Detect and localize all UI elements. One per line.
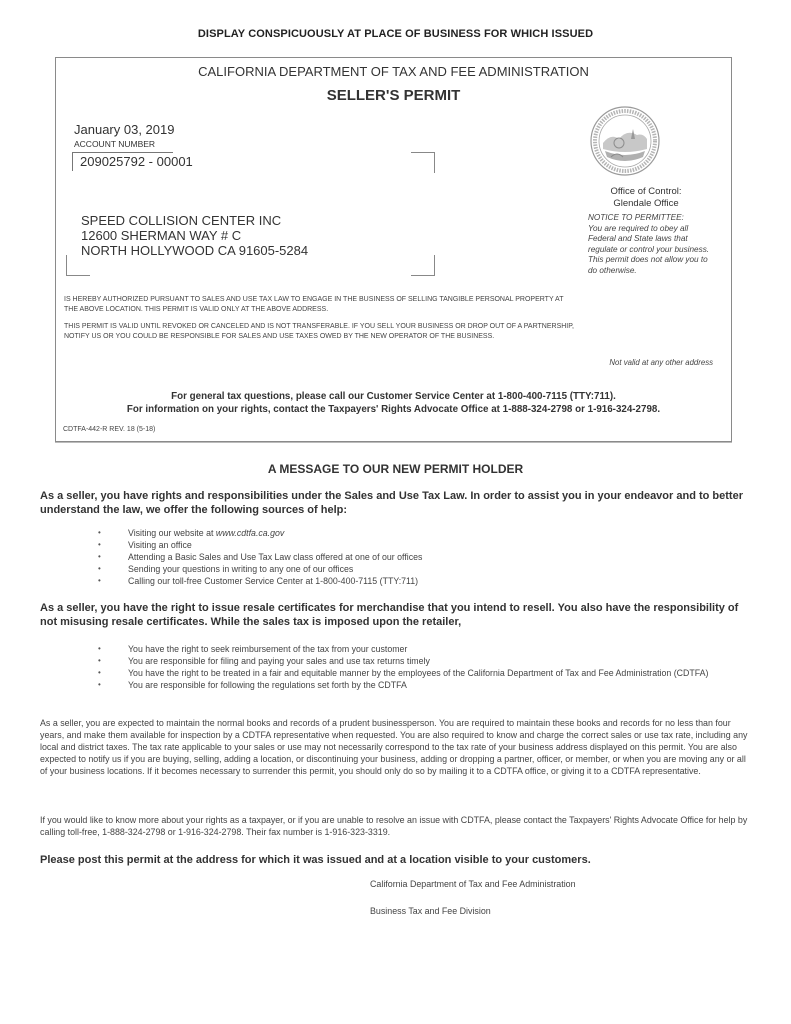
office-name: Glendale Office <box>576 198 716 210</box>
advocate-paragraph: If you would like to know more about you… <box>40 814 752 838</box>
list-item: You have the right to be treated in a fa… <box>108 667 748 679</box>
help-text: Calling our toll-free Customer Service C… <box>128 576 418 586</box>
post-notice: Please post this permit at the address f… <box>40 853 750 867</box>
account-number: 209025792 - 00001 <box>80 154 193 169</box>
help-text: Visiting our website at <box>128 528 216 538</box>
resale-paragraph: As a seller, you have the right to issue… <box>40 601 750 629</box>
authorization-statement: IS HEREBY AUTHORIZED PURSUANT TO SALES A… <box>64 295 564 314</box>
list-item: You are responsible for filing and payin… <box>108 655 748 667</box>
permit-title: SELLER'S PERMIT <box>56 87 731 104</box>
office-label: Office of Control: <box>576 186 716 198</box>
address-corner-bottom-right <box>411 255 435 276</box>
message-title: A MESSAGE TO OUR NEW PERMIT HOLDER <box>0 462 791 476</box>
state-seal-icon <box>589 105 661 177</box>
notice-body: You are required to obey all Federal and… <box>588 224 718 277</box>
address-line-1: 12600 SHERMAN WAY # C <box>81 228 308 243</box>
list-item: Visiting an office <box>108 539 748 551</box>
validity-statement: THIS PERMIT IS VALID UNTIL REVOKED OR CA… <box>64 322 574 341</box>
contact-line-1: For general tax questions, please call o… <box>56 390 731 403</box>
contact-info: For general tax questions, please call o… <box>56 390 731 416</box>
list-item: Visiting our website at www.cdtfa.ca.gov <box>108 527 748 539</box>
signature-division: Business Tax and Fee Division <box>370 906 491 916</box>
account-number-label: ACCOUNT NUMBER <box>74 139 155 149</box>
notice-to-permittee: NOTICE TO PERMITTEE: You are required to… <box>588 213 718 276</box>
not-valid-note: Not valid at any other address <box>609 358 713 367</box>
address-corner-bottom-left <box>66 255 90 276</box>
issue-date: January 03, 2019 <box>74 122 174 137</box>
list-item: You have the right to seek reimbursement… <box>108 643 748 655</box>
list-item: Attending a Basic Sales and Use Tax Law … <box>108 551 748 563</box>
form-number: CDTFA-442-R REV. 18 (5-18) <box>63 426 155 433</box>
help-text: Visiting an office <box>128 540 192 550</box>
records-paragraph: As a seller, you are expected to maintai… <box>40 717 752 777</box>
agency-name: CALIFORNIA DEPARTMENT OF TAX AND FEE ADM… <box>56 64 731 79</box>
signature-agency: California Department of Tax and Fee Adm… <box>370 879 576 889</box>
address-corner-top-right <box>411 152 435 173</box>
list-item: You are responsible for following the re… <box>108 679 748 691</box>
help-sources-list: Visiting our website at www.cdtfa.ca.gov… <box>108 527 748 587</box>
list-item: Sending your questions in writing to any… <box>108 563 748 575</box>
business-name: SPEED COLLISION CENTER INC <box>81 213 308 228</box>
office-of-control: Office of Control: Glendale Office <box>576 186 716 210</box>
address-line-2: NORTH HOLLYWOOD CA 91605-5284 <box>81 243 308 258</box>
notice-heading: NOTICE TO PERMITTEE: <box>588 213 718 224</box>
help-text: Attending a Basic Sales and Use Tax Law … <box>128 552 422 562</box>
rights-list: You have the right to seek reimbursement… <box>108 643 748 691</box>
permit-card: CALIFORNIA DEPARTMENT OF TAX AND FEE ADM… <box>55 57 732 442</box>
help-text: Sending your questions in writing to any… <box>128 564 353 574</box>
intro-paragraph: As a seller, you have rights and respons… <box>40 489 750 517</box>
website-link[interactable]: www.cdtfa.ca.gov <box>216 528 284 538</box>
list-item: Calling our toll-free Customer Service C… <box>108 575 748 587</box>
contact-line-2: For information on your rights, contact … <box>56 403 731 416</box>
business-address: SPEED COLLISION CENTER INC 12600 SHERMAN… <box>81 213 308 258</box>
display-banner: DISPLAY CONSPICUOUSLY AT PLACE OF BUSINE… <box>0 28 791 40</box>
